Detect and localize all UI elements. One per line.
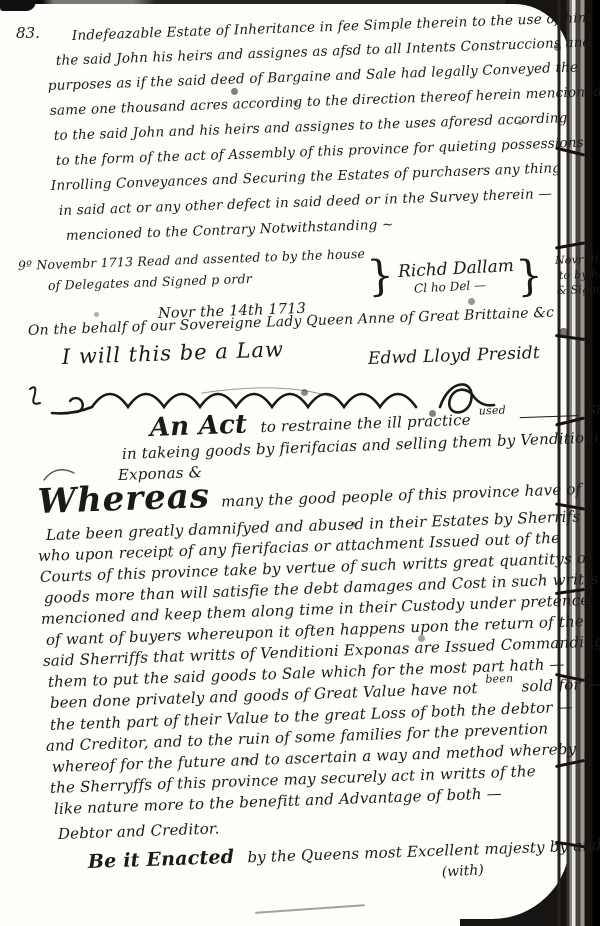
signature-dallam: Richd Dallam Cl ho Del —: [398, 259, 514, 293]
interlined-word: been: [485, 672, 513, 686]
act-title-rest: to restraine the ill practice: [260, 411, 471, 436]
assent-declaration: I will this be a Law: [61, 337, 284, 369]
enacting-lead: Be it Enacted: [88, 846, 235, 873]
interlined-word: used: [479, 404, 507, 418]
stitch-mark: [555, 416, 585, 426]
margin-note: Sherfs: [587, 401, 600, 417]
line-segment: sold for —: [521, 675, 600, 696]
attestation-council: Novr 9th 1713 Read & assented to by her …: [555, 253, 600, 298]
attestation-house: 9º Novembr 1713 Read and assented to by …: [18, 256, 365, 296]
royal-assent-row: I will this be a Law Edwd Lloyd Presidt: [62, 345, 558, 369]
whereas-first-rest: many the good people of this province ha…: [221, 480, 582, 511]
closing-paragraph: Indefeazable Estate of Inheritance in fe…: [46, 24, 558, 249]
stray-pen-stroke: [255, 904, 365, 914]
act-title: An Act to restraine the ill practice use…: [0, 413, 558, 484]
brace-glyph: }: [366, 254, 396, 298]
manuscript-content: Indefeazable Estate of Inheritance in fe…: [0, 14, 558, 889]
stitch-mark: [555, 241, 585, 249]
brace-glyph: }: [515, 254, 545, 298]
assent-signature: Edwd Lloyd Presidt: [368, 343, 541, 369]
ink-specks: [0, 0, 3, 3]
attestation-block: 9º Novembr 1713 Read and assented to by …: [18, 253, 558, 298]
whereas-paragraph: Whereas many the good people of this pro…: [38, 492, 558, 845]
act-title-lead: An Act: [149, 410, 247, 443]
stitch-mark: [555, 759, 585, 768]
stitch-mark: [555, 334, 585, 341]
manuscript-page: 83. Indefeazable Estate of Inheritance i…: [0, 0, 600, 926]
scan-corner-blot: [0, 0, 36, 11]
pen-curl-mark: [42, 466, 76, 486]
